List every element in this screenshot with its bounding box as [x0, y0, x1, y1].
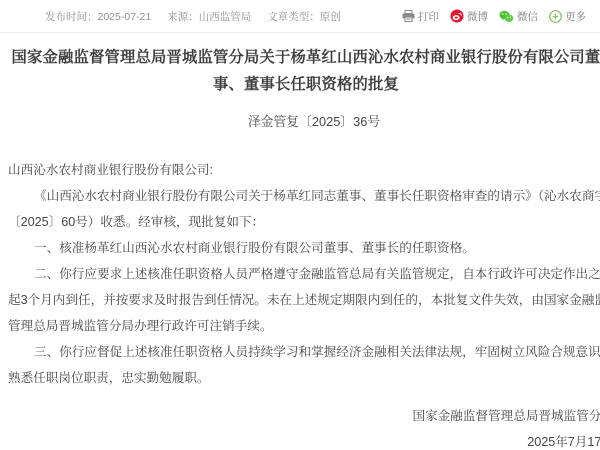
more-icon: [549, 10, 565, 23]
article-source-label: 来源：: [167, 11, 199, 23]
article-type-label: 文章类型：: [267, 11, 320, 23]
article-type-value: 原创: [320, 11, 341, 23]
document-body: 山西沁水农村商业银行股份有限公司: 《山西沁水农村商业银行股份有限公司关于杨革红…: [8, 157, 600, 391]
share-more-button[interactable]: 更多: [549, 9, 586, 24]
document-body-line: 起3个月内到任，并按要求及时报告到任情况。未在上述规定期限内到任的，本批复文件失…: [8, 287, 600, 313]
share-toolbar: 打印 微博: [391, 9, 586, 24]
article-meta-bar: 发布时间：2025-07-21 来源：山西监管局 文章类型：原创 打印: [0, 0, 600, 33]
document-number: 泽金管复〔2025〕36号: [8, 111, 600, 130]
print-label: 打印: [418, 9, 439, 24]
publish-time-label: 发布时间：: [45, 11, 98, 23]
document-body-line: 管理总局晋城监管分局办理行政许可注销手续。: [8, 313, 600, 339]
document-body-line: 熟悉任职岗位职责，忠实勤勉履职。: [8, 365, 600, 391]
signature-authority: 国家金融监督管理总局晋城监管分局: [8, 403, 600, 429]
signature-block: 国家金融监督管理总局晋城监管分局 2025年7月17日: [8, 403, 600, 450]
print-button[interactable]: 打印: [402, 9, 439, 24]
document-body-line: 三、你行应督促上述核准任职资格人员持续学习和掌握经济金融相关法律法规，牢固树立风…: [8, 339, 600, 365]
more-label: 更多: [565, 9, 586, 24]
article-type: 文章类型：原创: [267, 9, 341, 24]
publish-time: 发布时间：2025-07-21: [45, 9, 151, 24]
document-body-line: 《山西沁水农村商业银行股份有限公司关于杨革红同志董事、董事长任职资格审查的请示》…: [8, 183, 600, 209]
document-page: 国家金融监督管理总局晋城监管分局关于杨革红山西沁水农村商业银行股份有限公司董 事…: [0, 44, 600, 450]
article-source-value: 山西监管局: [199, 11, 252, 23]
article-source: 来源：山西监管局: [167, 9, 251, 24]
document-salutation: 山西沁水农村商业银行股份有限公司:: [8, 157, 600, 183]
document-title-line: 国家金融监督管理总局晋城监管分局关于杨革红山西沁水农村商业银行股份有限公司董: [8, 44, 600, 71]
document-title-line: 事、董事长任职资格的批复: [8, 71, 600, 98]
share-wechat-button[interactable]: 微信: [499, 9, 538, 24]
wechat-label: 微信: [517, 9, 538, 24]
wechat-icon: [499, 10, 517, 23]
signature-date: 2025年7月17日: [8, 429, 600, 450]
document-title: 国家金融监督管理总局晋城监管分局关于杨革红山西沁水农村商业银行股份有限公司董 事…: [8, 44, 600, 98]
printer-icon: [402, 10, 418, 22]
publish-time-value: 2025-07-21: [98, 11, 152, 23]
weibo-icon: [450, 9, 467, 23]
document-body-line: 〔2025〕60号）收悉。经审核，现批复如下：: [8, 209, 600, 235]
document-body-line: 二、你行应要求上述核准任职资格人员严格遵守金融监管总局有关监管规定，自本行政许可…: [8, 261, 600, 287]
weibo-label: 微博: [467, 9, 488, 24]
document-body-line: 一、核准杨革红山西沁水农村商业银行股份有限公司董事、董事长的任职资格。: [8, 235, 600, 261]
share-weibo-button[interactable]: 微博: [450, 9, 488, 24]
